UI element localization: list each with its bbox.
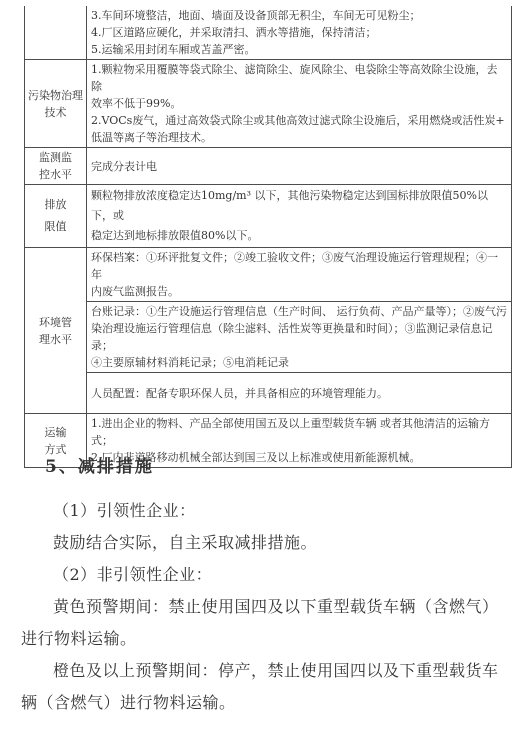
paragraph-orange-warning: 橙色及以上预警期间：停产，禁止使用国四以及下重型载货车 辆（含燃气）进行物料运输… (21, 655, 510, 719)
paragraph-leading-enterprises: （1）引领性企业： (21, 495, 510, 527)
row-label-emission-limit: 排放 限值 (25, 185, 87, 248)
paragraph-yellow-warning: 黄色预警期间：禁止使用国四及以下重型载货车辆（含燃气） 进行物料运输。 (21, 591, 510, 655)
table-row: 人员配置：配备专职环保人员，并具备相应的环境管理能力。 (25, 373, 512, 414)
table-row: 台账记录：①生产设施运行管理信息（生产时间、 运行负荷、产品产量等）；②废气污 … (25, 302, 512, 373)
table-row: 污染物治理 技术 1.颗粒物采用覆膜等袋式除尘、滤筒除尘、旋风除尘、电袋除尘等高… (25, 60, 512, 148)
row-content-ledger: 台账记录：①生产设施运行管理信息（生产时间、 运行负荷、产品产量等）；②废气污 … (87, 302, 512, 373)
paragraph-non-leading-enterprises: （2）非引领性企业： (21, 559, 510, 591)
row-content-cell: 3.车间环境整洁，地面、墙面及设备顶部无积尘，车间无可见粉尘； 4.厂区道路应硬… (87, 6, 512, 60)
document-page: 3.车间环境整洁，地面、墙面及设备顶部无积尘，车间无可见粉尘； 4.厂区道路应硬… (0, 0, 528, 731)
row-content-archives: 环保档案：①环评批复文件；②竣工验收文件；③废气治理设施运行管理规程；④一年 内… (87, 248, 512, 302)
row-label-pollutant-treatment: 污染物治理 技术 (25, 60, 87, 148)
row-content-cell: 颗粒物排放浓度稳定达10mg/m³ 以下，其他污染物稳定达到国标排放限值50%以… (87, 185, 512, 248)
row-label-monitoring: 监测监 控水平 (25, 148, 87, 185)
table-row: 3.车间环境整洁，地面、墙面及设备顶部无积尘，车间无可见粉尘； 4.厂区道路应硬… (25, 6, 512, 60)
environmental-requirements-table: 3.车间环境整洁，地面、墙面及设备顶部无积尘，车间无可见粉尘； 4.厂区道路应硬… (24, 6, 512, 468)
paragraph-encourage-measures: 鼓励结合实际，自主采取减排措施。 (21, 527, 510, 559)
row-content-staffing: 人员配置：配备专职环保人员，并具备相应的环境管理能力。 (87, 373, 512, 414)
row-content-cell: 1.颗粒物采用覆膜等袋式除尘、滤筒除尘、旋风除尘、电袋除尘等高效除尘设施，去除 … (87, 60, 512, 148)
table-row: 监测监 控水平 完成分表计电 (25, 148, 512, 185)
row-content-cell: 完成分表计电 (87, 148, 512, 185)
table-row: 环境管 理水平 环保档案：①环评批复文件；②竣工验收文件；③废气治理设施运行管理… (25, 248, 512, 302)
row-label-cell (25, 6, 87, 60)
row-label-env-management: 环境管 理水平 (25, 248, 87, 414)
section-emission-reduction: 5、减排措施 （1）引领性企业： 鼓励结合实际，自主采取减排措施。 （2）非引领… (21, 455, 510, 719)
table-row: 排放 限值 颗粒物排放浓度稳定达10mg/m³ 以下，其他污染物稳定达到国标排放… (25, 185, 512, 248)
section-heading: 5、减排措施 (45, 455, 510, 479)
